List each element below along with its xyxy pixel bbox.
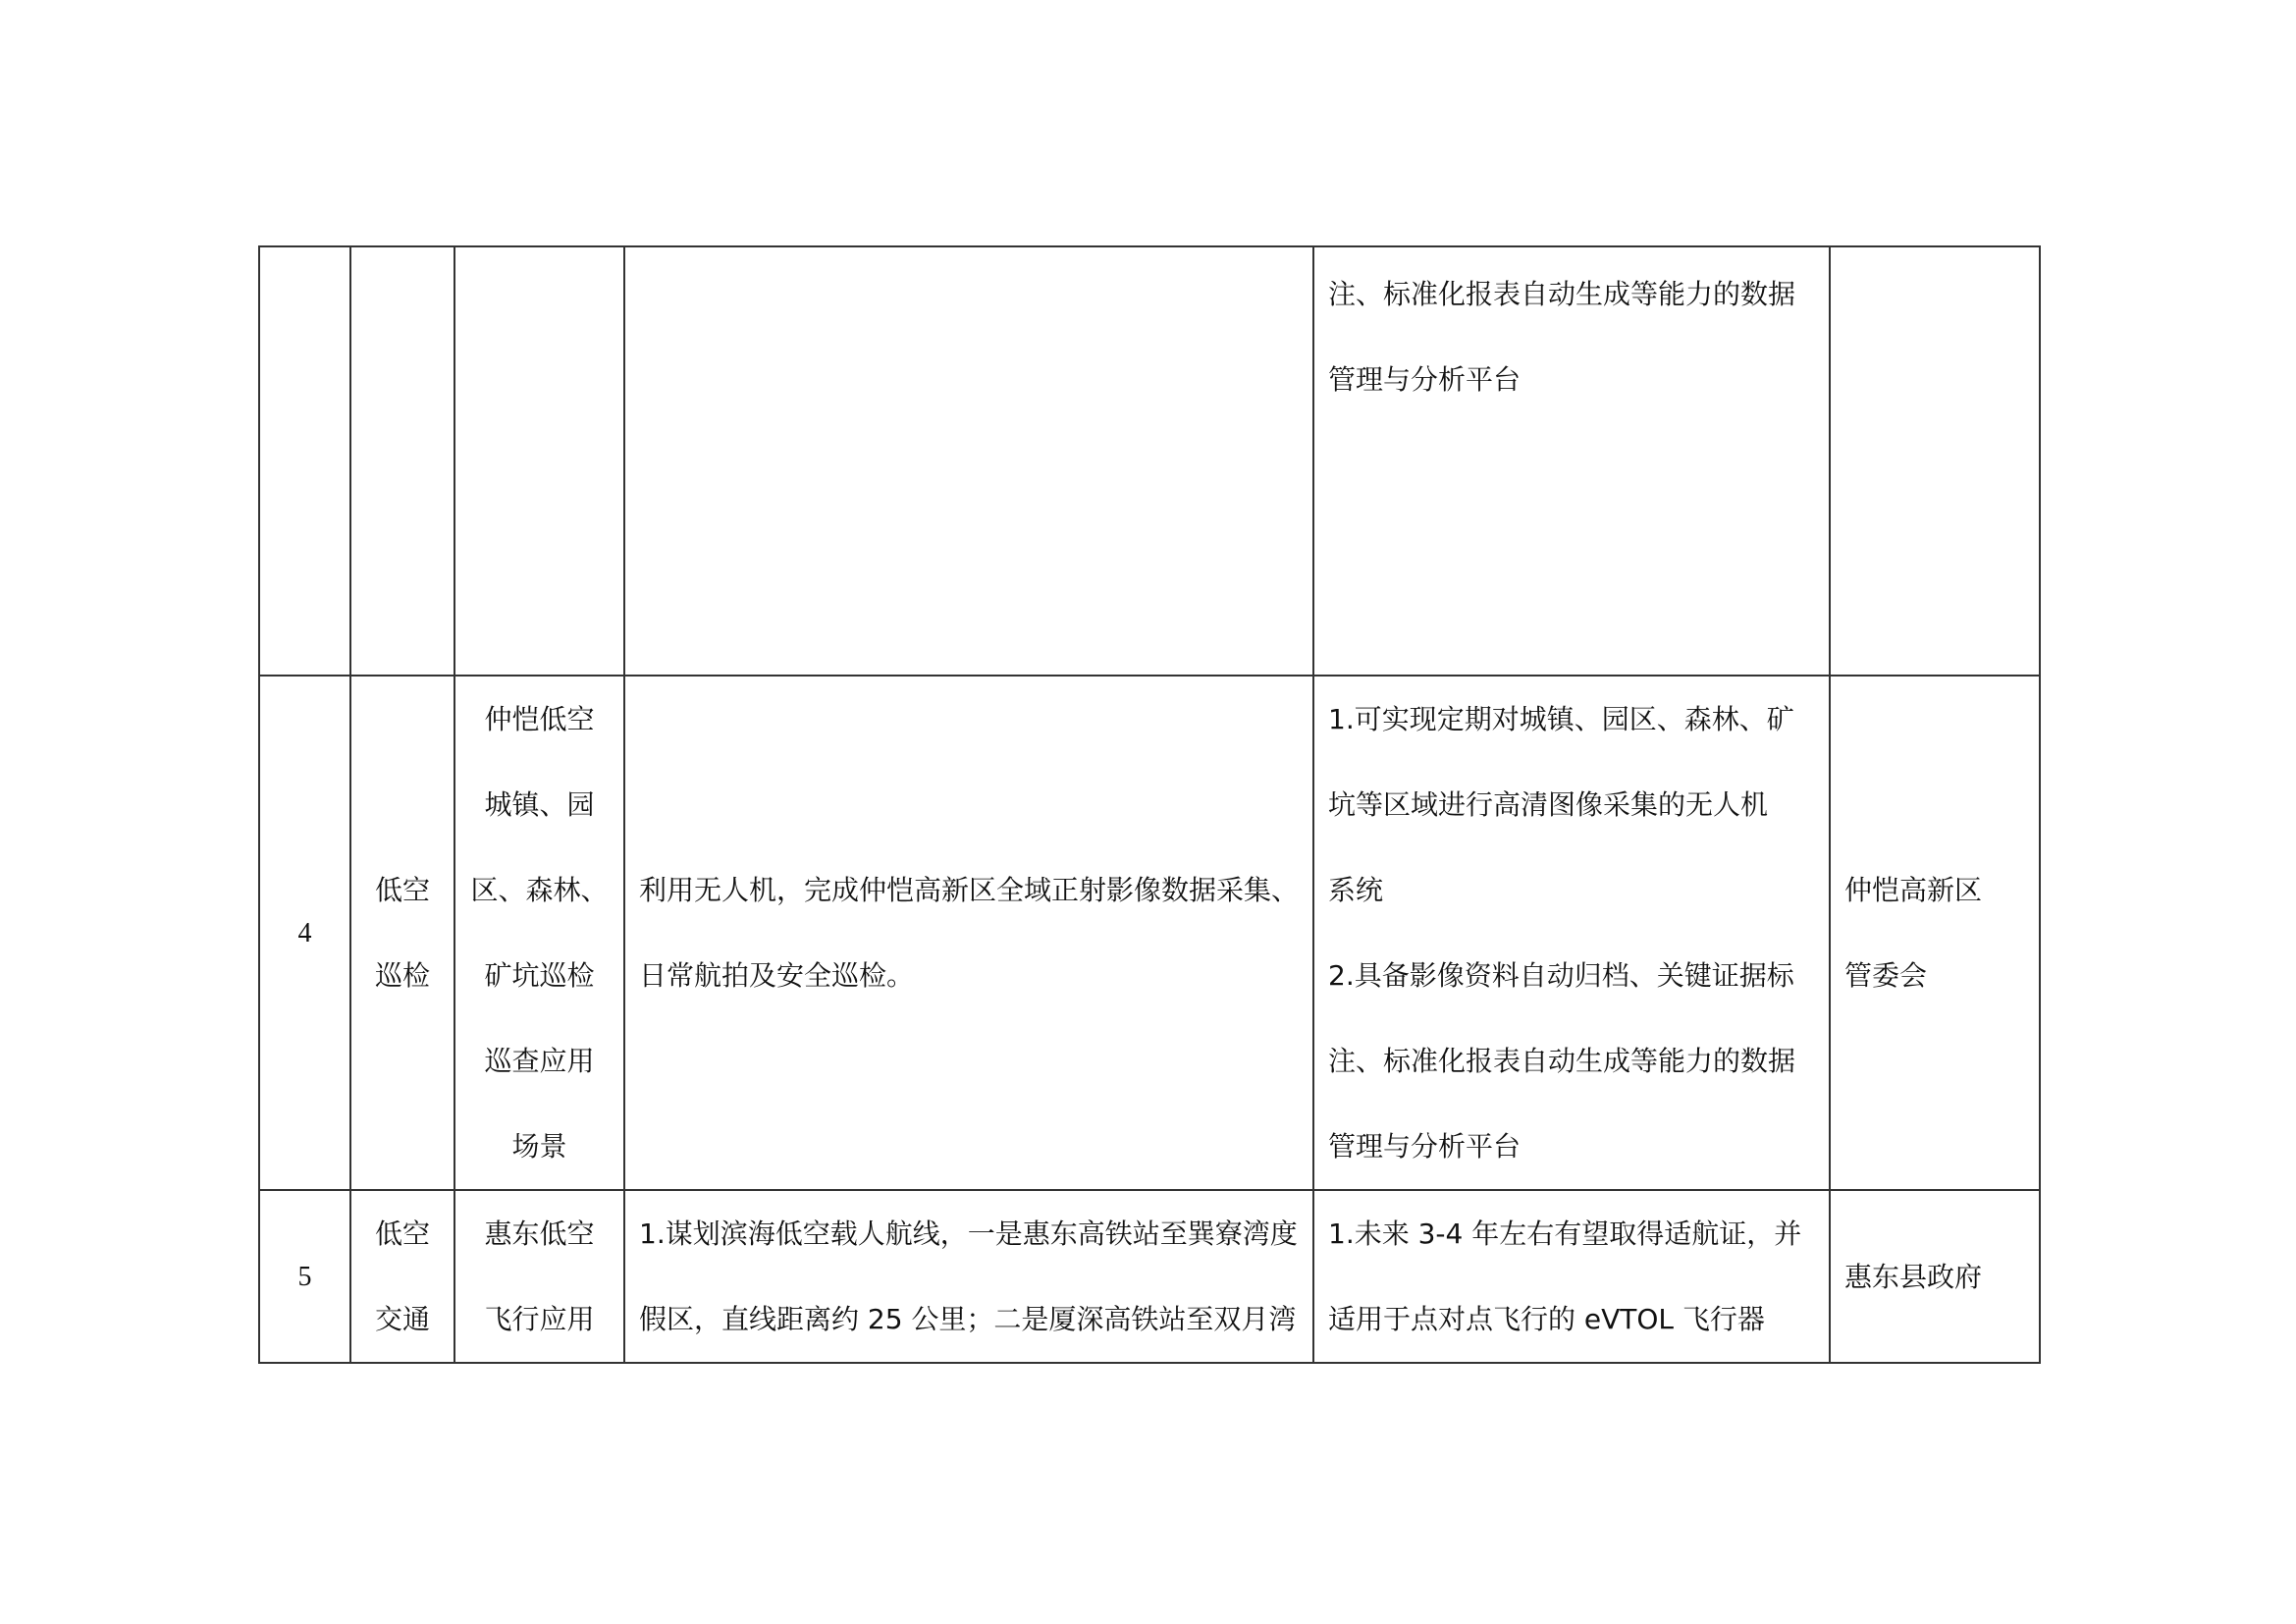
unit-line: 管委会 bbox=[1844, 933, 2039, 1018]
cell-requirements: 1.可实现定期对城镇、园区、森林、矿 坑等区域进行高清图像采集的无人机 系统 2… bbox=[1313, 676, 1830, 1190]
content-line: 日常航拍及安全巡检。 bbox=[639, 933, 1299, 1018]
cell-no: 5 bbox=[259, 1190, 350, 1363]
cell-content: 1.谋划滨海低空载人航线，一是惠东高铁站至巽寮湾度 假区，直线距离约 25 公里… bbox=[624, 1190, 1313, 1363]
cell-content bbox=[624, 246, 1313, 676]
scenario-line: 惠东低空 bbox=[455, 1191, 623, 1276]
content-line: 利用无人机，完成仲恺高新区全域正射影像数据采集、 bbox=[639, 847, 1299, 933]
scenario-line: 区、森林、 bbox=[455, 847, 623, 933]
scenario-line: 飞行应用 bbox=[455, 1276, 623, 1362]
cell-scenario-name bbox=[454, 246, 624, 676]
cell-responsible-unit: 仲恺高新区 管委会 bbox=[1830, 676, 2040, 1190]
table-row-5: 5 低空 交通 惠东低空 飞行应用 1.谋划滨海低空载人航线，一是惠东高铁站至巽… bbox=[259, 1190, 2040, 1363]
category-line: 巡检 bbox=[351, 933, 454, 1018]
cell-scenario-name: 惠东低空 飞行应用 bbox=[454, 1190, 624, 1363]
cell-requirements: 注、标准化报表自动生成等能力的数据 管理与分析平台 bbox=[1313, 246, 1830, 676]
content-line: 假区，直线距离约 25 公里；二是厦深高铁站至双月湾 bbox=[639, 1276, 1299, 1362]
scenario-line: 城镇、园 bbox=[455, 762, 623, 847]
unit-line: 惠东县政府 bbox=[1844, 1234, 2039, 1320]
requirements-line: 1.未来 3-4 年左右有望取得适航证，并 bbox=[1328, 1191, 1819, 1276]
cell-no bbox=[259, 246, 350, 676]
cell-category: 低空 巡检 bbox=[350, 676, 454, 1190]
content-line: 1.谋划滨海低空载人航线，一是惠东高铁站至巽寮湾度 bbox=[639, 1191, 1299, 1276]
scenario-line: 矿坑巡检 bbox=[455, 933, 623, 1018]
cell-content: 利用无人机，完成仲恺高新区全域正射影像数据采集、 日常航拍及安全巡检。 bbox=[624, 676, 1313, 1190]
cell-requirements: 1.未来 3-4 年左右有望取得适航证，并 适用于点对点飞行的 eVTOL 飞行… bbox=[1313, 1190, 1830, 1363]
row-number: 4 bbox=[298, 918, 312, 948]
scenario-line: 巡查应用 bbox=[455, 1018, 623, 1104]
table-row-4: 4 低空 巡检 仲恺低空 城镇、园 区、森林、 矿坑巡检 巡查应用 场景 利用无… bbox=[259, 676, 2040, 1190]
cell-responsible-unit: 惠东县政府 bbox=[1830, 1190, 2040, 1363]
requirements-line: 注、标准化报表自动生成等能力的数据 bbox=[1328, 1018, 1819, 1104]
requirements-line: 管理与分析平台 bbox=[1328, 1104, 1819, 1189]
cell-responsible-unit bbox=[1830, 246, 2040, 676]
category-line: 交通 bbox=[351, 1276, 454, 1362]
category-line: 低空 bbox=[351, 1191, 454, 1276]
category-line: 低空 bbox=[351, 847, 454, 933]
cell-no: 4 bbox=[259, 676, 350, 1190]
requirements-line: 坑等区域进行高清图像采集的无人机 bbox=[1328, 762, 1819, 847]
requirements-line: 管理与分析平台 bbox=[1328, 337, 1819, 422]
scenario-line: 场景 bbox=[455, 1104, 623, 1189]
project-table: 注、标准化报表自动生成等能力的数据 管理与分析平台 4 低空 巡检 仲恺低空 城… bbox=[258, 245, 2041, 1364]
cell-scenario-name: 仲恺低空 城镇、园 区、森林、 矿坑巡检 巡查应用 场景 bbox=[454, 676, 624, 1190]
scenario-line: 仲恺低空 bbox=[455, 677, 623, 762]
requirements-line: 1.可实现定期对城镇、园区、森林、矿 bbox=[1328, 677, 1819, 762]
row-number: 5 bbox=[298, 1262, 312, 1292]
unit-line: 仲恺高新区 bbox=[1844, 847, 2039, 933]
requirements-line: 系统 bbox=[1328, 847, 1819, 933]
cell-category: 低空 交通 bbox=[350, 1190, 454, 1363]
requirements-line: 适用于点对点飞行的 eVTOL 飞行器 bbox=[1328, 1276, 1819, 1362]
table-row-continuation: 注、标准化报表自动生成等能力的数据 管理与分析平台 bbox=[259, 246, 2040, 676]
cell-category bbox=[350, 246, 454, 676]
requirements-line: 注、标准化报表自动生成等能力的数据 bbox=[1328, 251, 1819, 337]
requirements-line: 2.具备影像资料自动归档、关键证据标 bbox=[1328, 933, 1819, 1018]
